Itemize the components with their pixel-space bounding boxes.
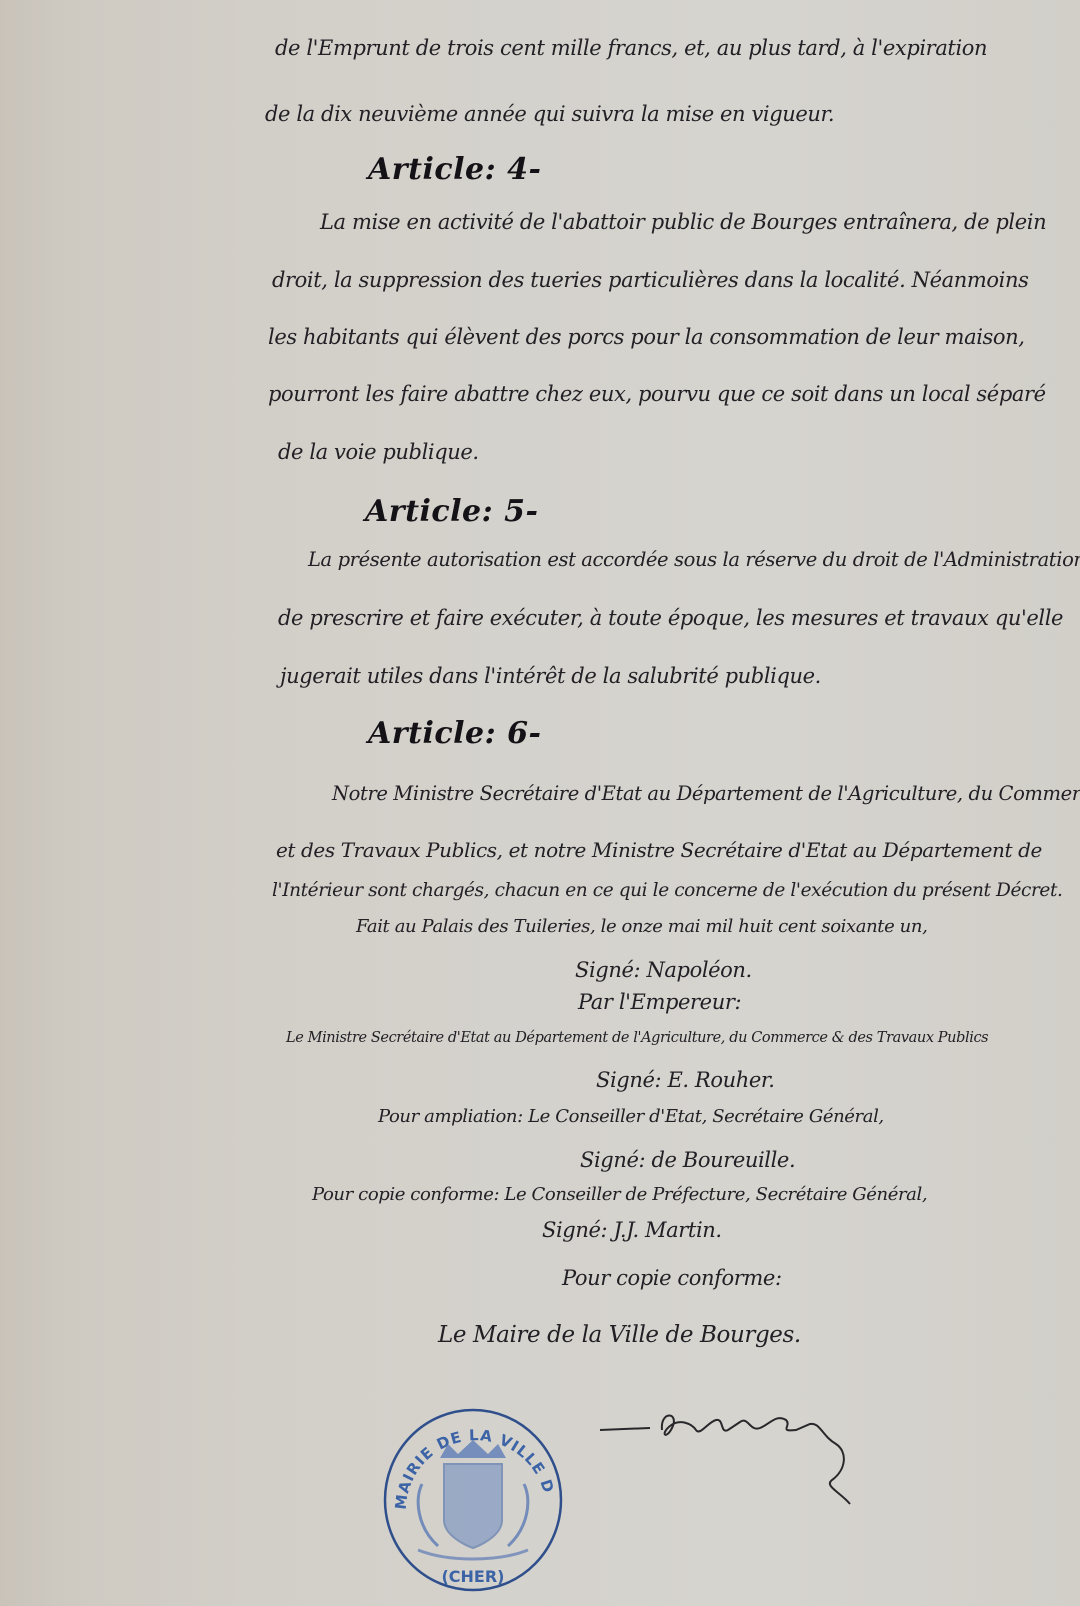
text-line: l'Intérieur sont chargés, chacun en ce q… xyxy=(272,880,1063,901)
par-empereur: Par l'Empereur: xyxy=(578,990,741,1014)
signature-rouher: Signé: E. Rouher. xyxy=(596,1068,774,1092)
maire-title: Le Maire de la Ville de Bourges. xyxy=(438,1322,801,1348)
minister-title: Le Ministre Secrétaire d'Etat au Départe… xyxy=(286,1030,988,1046)
document-page: de l'Emprunt de trois cent mille francs,… xyxy=(0,0,1080,1606)
copie-conforme-maire: Pour copie conforme: xyxy=(562,1266,782,1290)
signature-boureuille: Signé: de Boureuille. xyxy=(580,1148,795,1172)
town-hall-stamp: MAIRIE DE LA VILLE DE BOURGES (CHER) xyxy=(378,1400,568,1595)
text-line: droit, la suppression des tueries partic… xyxy=(272,268,1028,292)
text-line: de la dix neuvième année qui suivra la m… xyxy=(265,102,834,126)
text-line: La présente autorisation est accordée so… xyxy=(308,548,1080,571)
text-line: pourront les faire abattre chez eux, pou… xyxy=(268,382,1046,406)
text-line: et des Travaux Publics, et notre Ministr… xyxy=(276,838,1042,862)
signature-martin: Signé: J.J. Martin. xyxy=(542,1218,722,1242)
copie-conforme-prefecture: Pour copie conforme: Le Conseiller de Pr… xyxy=(312,1184,927,1205)
text-line: jugerait utiles dans l'intérêt de la sal… xyxy=(280,664,821,688)
article-heading: Article: 5- xyxy=(365,494,538,529)
signature-napoleon: Signé: Napoléon. xyxy=(575,958,752,982)
text-line: de la voie publique. xyxy=(278,440,479,464)
article-heading: Article: 6- xyxy=(368,716,541,751)
mayor-signature xyxy=(600,1400,890,1510)
text-line: La mise en activité de l'abattoir public… xyxy=(320,210,1046,234)
stamp-bottom-text: (CHER) xyxy=(441,1567,504,1586)
text-line: de prescrire et faire exécuter, à toute … xyxy=(278,606,1063,630)
article-heading: Article: 4- xyxy=(368,152,541,187)
ampliation-line: Pour ampliation: Le Conseiller d'Etat, S… xyxy=(378,1106,884,1127)
place-date: Fait au Palais des Tuileries, le onze ma… xyxy=(356,916,927,937)
text-line: Notre Ministre Secrétaire d'Etat au Dépa… xyxy=(332,782,1080,805)
text-line: de l'Emprunt de trois cent mille francs,… xyxy=(275,36,987,60)
text-line: les habitants qui élèvent des porcs pour… xyxy=(268,325,1025,349)
